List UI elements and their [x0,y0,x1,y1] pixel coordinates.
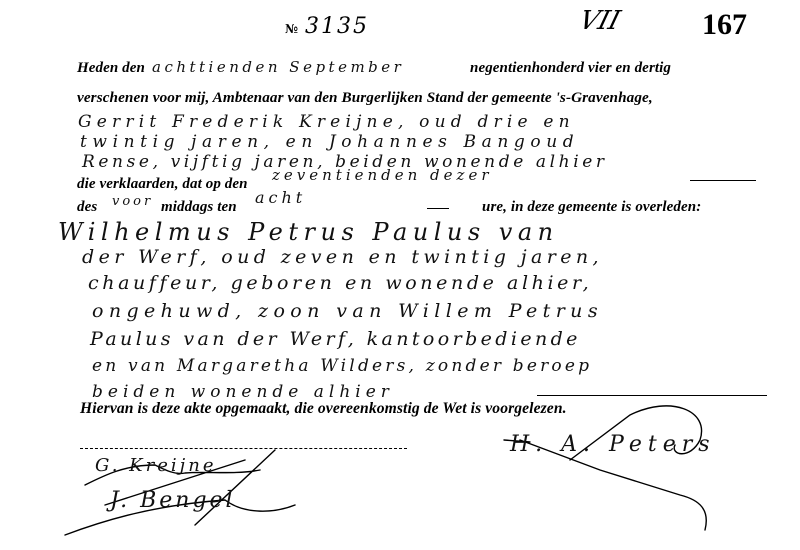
register-number: № 3135 [285,14,369,39]
volume-mark: VII [576,6,623,36]
signature-official: H. A. Peters [510,432,716,457]
register-number-value: 3135 [305,14,369,39]
printed-des: des [77,199,97,216]
handwritten-deceased-line-1: Wilhelmus Petrus Paulus van [58,218,559,246]
handwritten-deceased-line-4: ongehuwd, zoon van Willem Petrus [92,300,603,322]
handwritten-deceased-line-7: beiden wonende alhier [92,382,394,402]
handwritten-death-day: zeventienden dezer [272,166,493,184]
signature-official-ink [500,400,760,540]
printed-heden-den: Heden den [77,60,145,77]
printed-deceased-in-municipality: ure, in deze gemeente is overleden: [482,199,701,216]
signature-declarant-2: J. Bengel [110,488,236,513]
handwritten-date-day: achttienden September [152,58,404,76]
printed-year: negentienhonderd vier en dertig [470,60,671,77]
handwritten-deceased-line-3: chauffeur, geboren en wonende alhier, [88,272,592,294]
handwritten-declarant-line-2: twintig jaren, en Johannes Bangoud [80,132,579,152]
handwritten-time-hour: acht [255,188,306,207]
fill-line-hour [427,208,449,209]
fill-line-death-day [690,180,756,181]
signature-declarant-1: G. Kreijne [95,455,216,476]
printed-appeared-before: verschenen voor mij, Ambtenaar van den B… [77,89,653,107]
printed-closing-statement: Hiervan is deze akte opgemaakt, die over… [80,400,567,418]
handwritten-deceased-line-6: en van Margaretha Wilders, zonder beroep [92,356,592,376]
register-prefix: № [285,22,298,36]
handwritten-time-prefix: voor [112,194,153,209]
handwritten-deceased-line-5: Paulus van der Werf, kantoorbediende [90,328,581,350]
handwritten-deceased-line-2: der Werf, oud zeven en twintig jaren, [82,246,603,268]
printed-middags-ten: middags ten [161,199,237,216]
handwritten-declarant-line-1: Gerrit Frederik Kreijne, oud drie en [78,112,575,132]
printed-declared: die verklaarden, dat op den [77,176,248,193]
fill-line-closing [537,395,767,396]
page-number: 167 [702,8,747,42]
